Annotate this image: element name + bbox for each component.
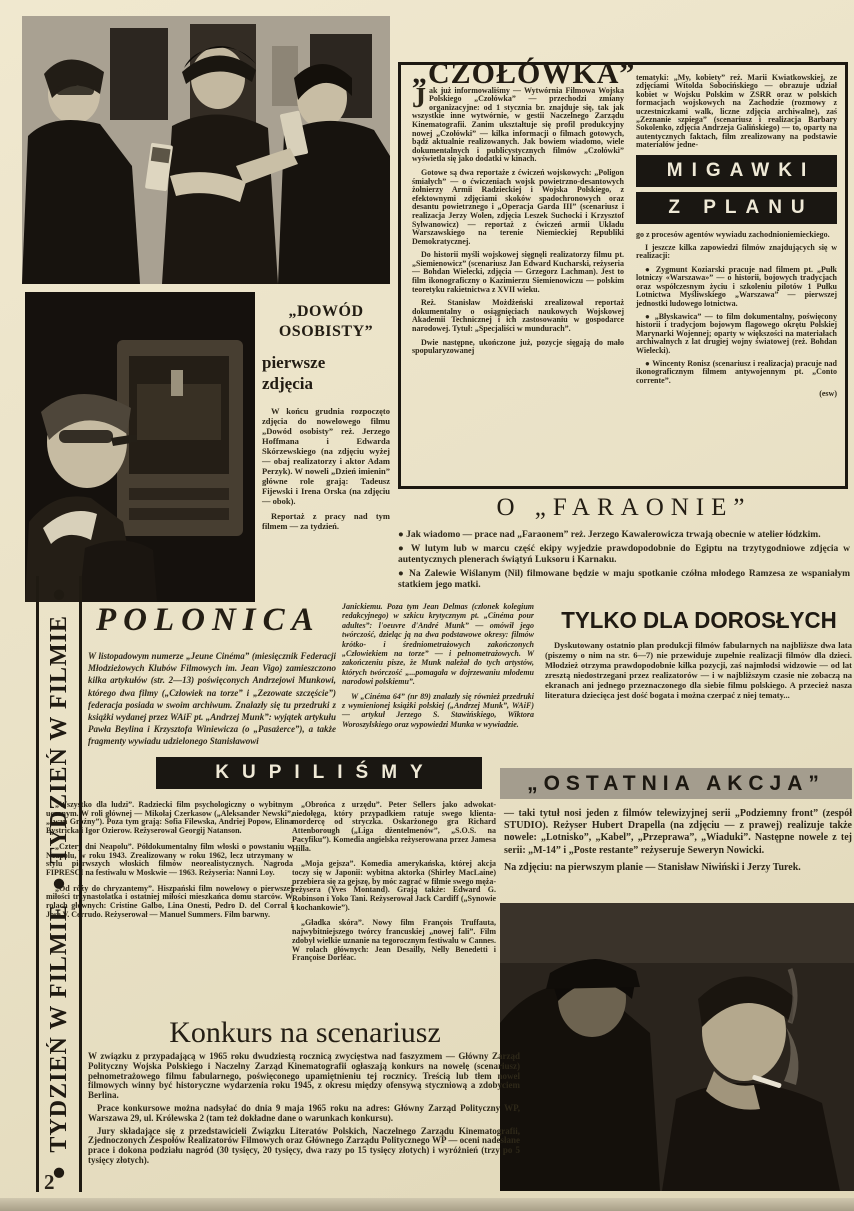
dropcap: J <box>412 87 429 110</box>
photo-filmmakers <box>22 16 390 284</box>
polonica-column-2: Janickiemu. Poza tym Jean Delmas (człone… <box>342 602 534 729</box>
kupilismy-column-left: „Wszystko dla ludzi”. Radziecki film psy… <box>46 801 293 919</box>
faraon-body: ● Jak wiadomo — prace nad „Faraonem” reż… <box>398 530 850 592</box>
film-note: „Obrońca z urzędu”. Peter Sellers jako a… <box>292 801 496 853</box>
dowod-subtitle-line2: zdjęcia <box>262 373 390 394</box>
dowod-subtitle-line1: pierwsze <box>262 352 390 373</box>
paragraph: W związku z przypadającą w 1965 roku dwu… <box>88 1052 520 1101</box>
news-bullet: ● W lutym lub w marcu część ekipy wyjedz… <box>398 544 850 567</box>
paragraph: Reportaż z pracy nad tym filmem — za tyd… <box>262 511 390 531</box>
faraon-title: O „FARAONIE” <box>398 494 850 522</box>
polonica-column-1: W listopadowym numerze „Jeune Cinéma” (m… <box>88 650 336 748</box>
paragraph: Jak już informowaliśmy — Wytwórnia Filmo… <box>412 87 624 164</box>
paragraph: W końcu grudnia rozpoczęto zdjęcia do no… <box>262 406 390 506</box>
paragraph: I jeszcze kilka zapowiedzi filmów znajdu… <box>636 244 837 261</box>
migawki-banner-line2: Z PLANU <box>636 192 837 224</box>
paragraph: W „Cinéma 64” (nr 89) znalazły się równi… <box>342 692 534 730</box>
kupilismy-column-right: „Obrońca z urzędu”. Peter Sellers jako a… <box>292 801 496 963</box>
news-bullet: ● Zygmunt Koziarski pracuje nad filmem p… <box>636 266 837 308</box>
migawki-banner-line1: MIGAWKI <box>636 155 837 187</box>
film-note: „Cztery dni Neapolu”. Półdokumentalny fi… <box>46 843 293 878</box>
ostatnia-akcja-banner: „OSTATNIA AKCJA” <box>500 768 852 799</box>
dowod-body: W końcu grudnia rozpoczęto zdjęcia do no… <box>262 406 390 531</box>
paragraph: Prace konkursowe można nadsyłać do dnia … <box>88 1104 520 1124</box>
paragraph-text: ak już informowaliśmy — Wytwórnia Filmow… <box>412 86 624 164</box>
page-bottom-edge <box>0 1198 854 1211</box>
czolowka-title: „CZOŁÓWKA” <box>412 70 624 79</box>
dowod-title-line1: „DOWÓD <box>262 302 390 322</box>
photo-ostatnia-akcja-image <box>500 903 854 1191</box>
paragraph: Janickiemu. Poza tym Jean Delmas (człone… <box>342 602 534 687</box>
paragraph: — taki tytuł nosi jeden z filmów telewiz… <box>504 808 852 857</box>
paragraph: Dyskutowany ostatnio plan produkcji film… <box>545 640 852 700</box>
magazine-page: „DOWÓD OSOBISTY” pierwsze zdjęcia W końc… <box>0 0 854 1211</box>
konkurs-body: W związku z przypadającą w 1965 roku dwu… <box>88 1052 520 1166</box>
article-faraon: O „FARAONIE” ● Jak wiadomo — prace nad „… <box>398 494 850 592</box>
tylko-dla-doroslych-body: Dyskutowany ostatnio plan produkcji film… <box>545 640 852 700</box>
ostatnia-akcja-body: — taki tytuł nosi jeden z filmów telewiz… <box>504 808 852 874</box>
vertical-banner-text: ● TYDZIEŃ W FILMIE ● TYDZIEŃ W FILMIE ● <box>46 581 73 1186</box>
vertical-section-banner: ● TYDZIEŃ W FILMIE ● TYDZIEŃ W FILMIE ● <box>36 576 82 1192</box>
news-bullet: ● Jak wiadomo — prace nad „Faraonem” reż… <box>398 530 850 542</box>
news-bullet: ● Na Zalewie Wiślanym (Nil) filmowane bę… <box>398 569 850 592</box>
film-note: „Moja gejsza”. Komedia amerykańska, któr… <box>292 860 496 912</box>
czolowka-column-1: „CZOŁÓWKA” Jak już informowaliśmy — Wytw… <box>412 70 624 356</box>
film-note: „Gładka skóra”. Nowy film François Truff… <box>292 919 496 963</box>
photo-dowod-image <box>25 292 255 602</box>
paragraph: Dwie następne, ukończone już, pozycje si… <box>412 339 624 356</box>
czolowka-column-2: tematyki: „My, kobiety” reż. Marii Kwiat… <box>636 74 837 399</box>
dowod-title-line2: OSOBISTY” <box>262 322 390 342</box>
tylko-dla-doroslych-title: TYLKO DLA DOROSŁYCH <box>550 607 849 634</box>
polonica-title: POLONICA <box>96 602 346 639</box>
news-bullet: ● „Błyskawica” — to film dokumentalny, p… <box>636 313 837 355</box>
photo-caption: Na zdjęciu: na pierwszym planie — Stanis… <box>504 862 852 874</box>
paragraph: go z procesów agentów wywiadu zachodnion… <box>636 231 837 239</box>
news-bullet: ● Wincenty Ronisz (scenariusz i realizac… <box>636 360 837 385</box>
photo-dowod-osobisty-set <box>25 292 255 602</box>
kupilismy-banner: KUPILIŚMY <box>156 757 482 789</box>
paragraph: Jury składające się z przedstawicieli Zw… <box>88 1127 520 1166</box>
photo-filmmakers-image <box>22 16 390 284</box>
photo-ostatnia-akcja <box>500 903 854 1191</box>
konkurs-title: Konkurs na scenariusz <box>90 1016 520 1050</box>
paragraph: W listopadowym numerze „Jeune Cinéma” (m… <box>88 650 336 748</box>
paragraph: Do historii myśli wojskowej sięgnęli rea… <box>412 251 624 294</box>
film-note: „Wszystko dla ludzi”. Radziecki film psy… <box>46 801 293 836</box>
page-number: 2 <box>44 1170 55 1195</box>
paragraph: tematyki: „My, kobiety” reż. Marii Kwiat… <box>636 74 837 150</box>
author-signature: (esw) <box>636 390 837 398</box>
paragraph: Gotowe są dwa reportaże z ćwiczeń wojsko… <box>412 169 624 246</box>
article-dowod-osobisty: „DOWÓD OSOBISTY” pierwsze zdjęcia W końc… <box>262 302 390 531</box>
film-note: „Od róży do chryzantemy”. Hiszpański fil… <box>46 885 293 920</box>
paragraph: Reż. Stanisław Możdżeński zrealizował re… <box>412 299 624 333</box>
